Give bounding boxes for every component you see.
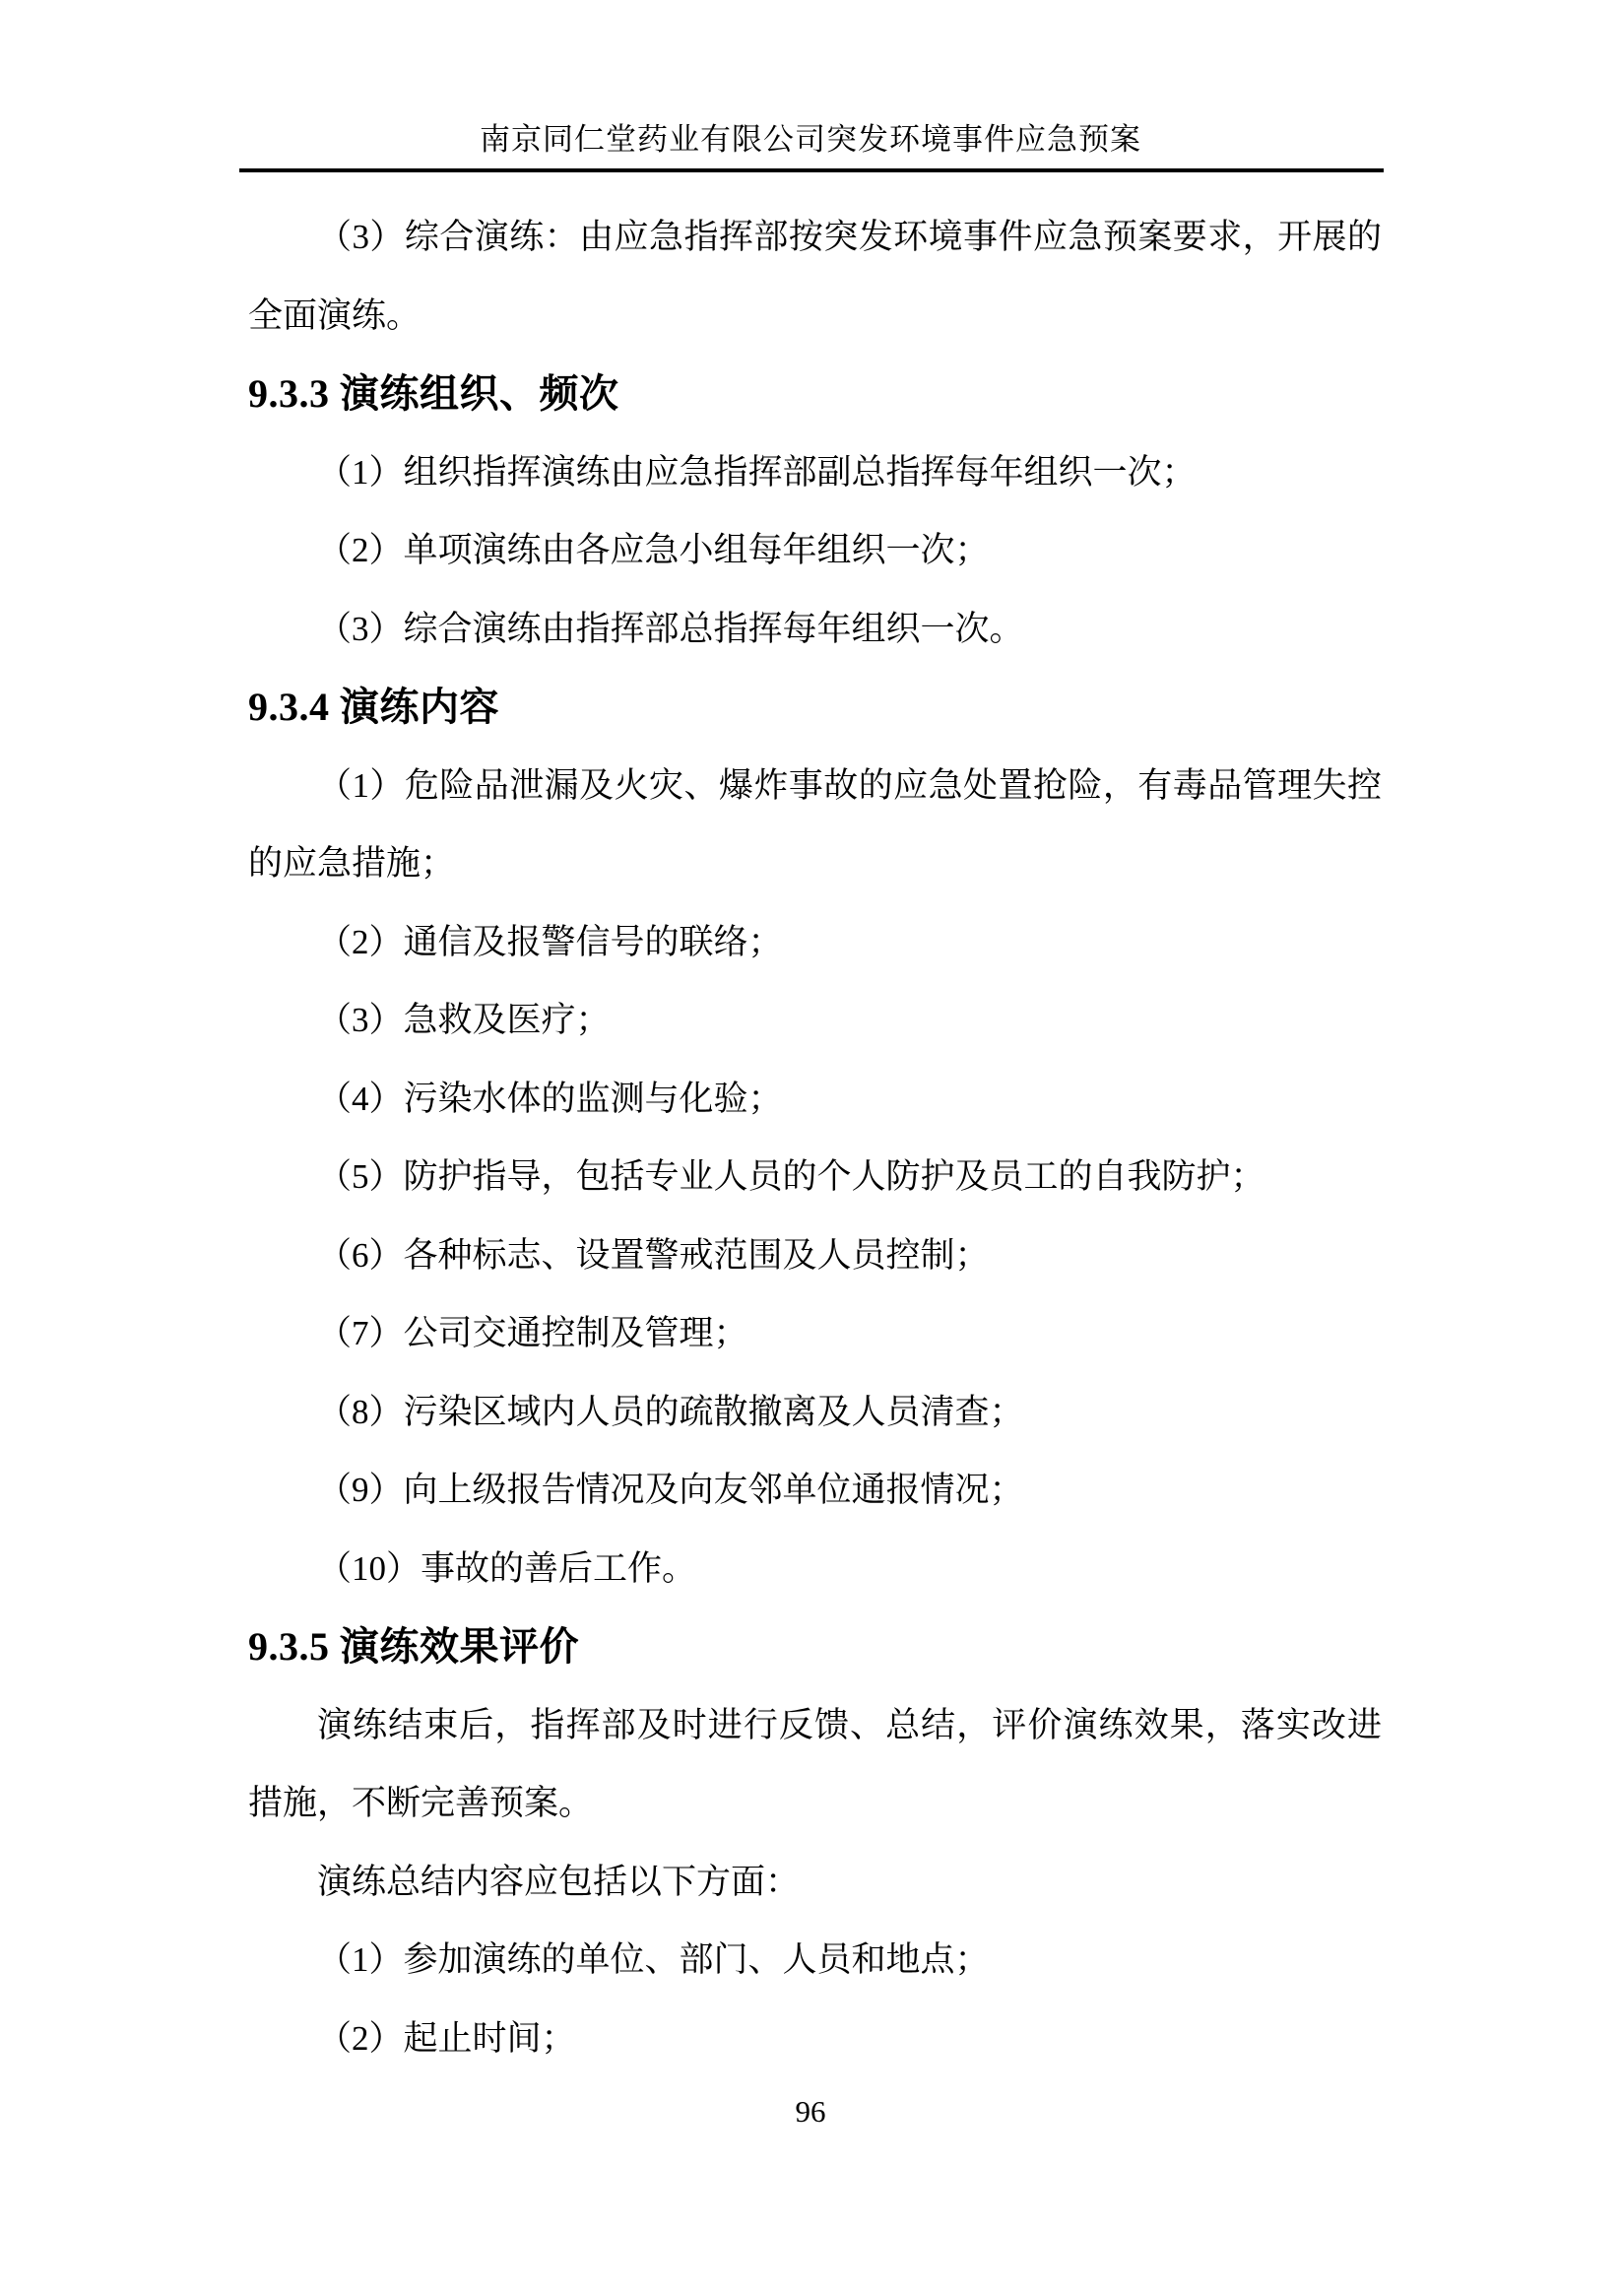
body-paragraph: （3）综合演练由指挥部总指挥每年组织一次。 bbox=[248, 590, 1382, 669]
page-header-title: 南京同仁堂药业有限公司突发环境事件应急预案 bbox=[0, 120, 1621, 160]
body-paragraph: （2）单项演练由各应急小组每年组织一次； bbox=[248, 511, 1382, 590]
body-paragraph: （3）急救及医疗； bbox=[248, 981, 1382, 1060]
body-paragraph: （2）通信及报警信号的联络； bbox=[248, 903, 1382, 982]
body-paragraph: （8）污染区域内人员的疏散撤离及人员清查； bbox=[248, 1373, 1382, 1452]
body-paragraph: （6）各种标志、设置警戒范围及人员控制； bbox=[248, 1216, 1382, 1295]
document-page: 南京同仁堂药业有限公司突发环境事件应急预案 （3）综合演练：由应急指挥部按突发环… bbox=[0, 0, 1621, 2296]
document-body: （3）综合演练：由应急指挥部按突发环境事件应急预案要求，开展的全面演练。9.3.… bbox=[248, 198, 1382, 2077]
body-paragraph: （7）公司交通控制及管理； bbox=[248, 1294, 1382, 1373]
body-paragraph: 演练总结内容应包括以下方面： bbox=[248, 1843, 1382, 1922]
body-paragraph: （4）污染水体的监测与化验； bbox=[248, 1060, 1382, 1139]
body-paragraph: 演练结束后，指挥部及时进行反馈、总结，评价演练效果，落实改进措施，不断完善预案。 bbox=[248, 1686, 1382, 1843]
body-paragraph: （5）防护指导，包括专业人员的个人防护及员工的自我防护； bbox=[248, 1138, 1382, 1216]
body-paragraph: （1）组织指挥演练由应急指挥部副总指挥每年组织一次； bbox=[248, 433, 1382, 512]
section-heading: 9.3.3 演练组织、频次 bbox=[248, 355, 1382, 433]
section-heading: 9.3.4 演练内容 bbox=[248, 668, 1382, 747]
body-paragraph: （1）危险品泄漏及火灾、爆炸事故的应急处置抢险，有毒品管理失控的应急措施； bbox=[248, 747, 1382, 903]
section-heading: 9.3.5 演练效果评价 bbox=[248, 1607, 1382, 1686]
body-paragraph: （2）起止时间； bbox=[248, 2000, 1382, 2078]
page-number: 96 bbox=[0, 2092, 1621, 2132]
body-paragraph: （1）参加演练的单位、部门、人员和地点； bbox=[248, 1921, 1382, 2000]
header-rule bbox=[239, 168, 1384, 172]
body-paragraph: （10）事故的善后工作。 bbox=[248, 1530, 1382, 1608]
body-paragraph: （3）综合演练：由应急指挥部按突发环境事件应急预案要求，开展的全面演练。 bbox=[248, 198, 1382, 355]
body-paragraph: （9）向上级报告情况及向友邻单位通报情况； bbox=[248, 1451, 1382, 1530]
